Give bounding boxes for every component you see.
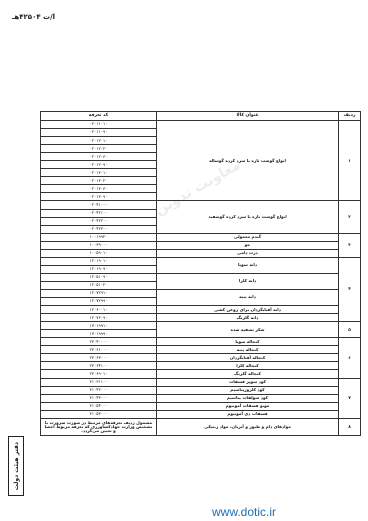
table-row: کنجاله گلرنگ۲۳۰۶۹۰۱۰ <box>41 370 361 378</box>
table-row: کنجاله کلزا۲۳۰۶۴۱۰۰ <box>41 362 361 370</box>
tariff-code: ۲۳۰۶۱۰۰۰ <box>41 346 157 354</box>
product-name: دانه سویا <box>157 257 339 273</box>
tariff-code: ۱۲۰۶۰۰۱۰ <box>41 306 157 314</box>
table-row: فسفات دی آمونیوم۳۱۰۵۳۰۰۰ <box>41 410 361 418</box>
table-row: دانه آفتابگردان برای روغن کشی۱۲۰۶۰۰۱۰ <box>41 306 361 314</box>
tariff-code: ۰۲۰۱۳۰۹۰ <box>41 193 157 201</box>
tariff-code: ۰۲۰۱۲۰۱۰ <box>41 137 157 145</box>
document-reference: ا/ت ۴۲۵۰۴هـ <box>12 13 55 21</box>
product-name: کود کلرورپتاسیم <box>157 386 339 394</box>
table-row: مونو فسفات آمونیوم۳۱۰۵۴۰۰۰ <box>41 402 361 410</box>
row-number: ۱ <box>339 121 361 201</box>
product-name: کود سوپر فسفات <box>157 378 339 386</box>
stamp: دفتر هیئت دولت <box>8 436 24 496</box>
table-header-row: ردیف عنوان کالا کد تعرفه <box>41 112 361 121</box>
tariff-code: ۲۳۰۶۴۱۰۰ <box>41 362 157 370</box>
row-number: ۳ <box>339 233 361 257</box>
tariff-code: ۱۲۰۷۶۰۹۰ <box>41 314 157 322</box>
tariff-code: ۱۲۰۷۲۹۹۰ <box>41 298 157 306</box>
product-name: کنجاله کلزا <box>157 362 339 370</box>
product-name: کنجاله سویا <box>157 338 339 346</box>
tariff-code: ۱۲۰۵۱۰۹۰ <box>41 273 157 281</box>
table-row: ۶کنجاله سویا۲۳۰۴۰۰۰۰ <box>41 338 361 346</box>
row-number: ۸ <box>339 418 361 436</box>
product-name: دانه کلزا <box>157 273 339 289</box>
product-name: کنجاله آفتابگردان <box>157 354 339 362</box>
table-row: ۵شکر تصفیه شده۱۷۰۱۹۹۱۰ <box>41 322 361 330</box>
table-row: ذرت دامی۱۰۰۵۹۰۱۰ <box>41 249 361 257</box>
table-row: ۷کود سوپر فسفات۳۱۰۳۱۱۰۰ <box>41 378 361 386</box>
table-row: ۳گندم معمولی۱۰۰۱۹۹۲۰ <box>41 233 361 241</box>
tariff-code: ۱۷۰۱۹۹۱۰ <box>41 322 157 330</box>
stamp-text: دفتر هیئت دولت <box>13 442 20 490</box>
row-number: ۴ <box>339 257 361 321</box>
tariff-code: ۰۲۰۱۱۰۱۰ <box>41 121 157 129</box>
tariff-code: ۲۳۰۴۰۰۰۰ <box>41 338 157 346</box>
table-row: دانه کلزا۱۲۰۵۱۰۹۰ <box>41 273 361 281</box>
table-row: کود کلرورپتاسیم۳۱۰۴۲۰۰۰ <box>41 386 361 394</box>
product-name: مونو فسفات آمونیوم <box>157 402 339 410</box>
product-name: جو <box>157 241 339 249</box>
table-row: ۴دانه سویا۱۲۰۱۹۰۱۰ <box>41 257 361 265</box>
product-name: موادهای دام و طیور و آبزیان، مواد ژنتیکی <box>157 418 339 436</box>
row-number: ۵ <box>339 322 361 338</box>
tariff-code: ۱۲۰۱۹۰۹۰ <box>41 265 157 273</box>
tariff-code: ۰۲۰۱۲۰۹۰ <box>41 161 157 169</box>
tariff-code: ۱۰۰۵۹۰۱۰ <box>41 249 157 257</box>
product-name: انواع گوشت تازه یا سرد کرده گوسفند <box>157 201 339 233</box>
product-name: گندم معمولی <box>157 233 339 241</box>
tariff-code: ۰۲۰۱۲۰۲۰ <box>41 145 157 153</box>
tariff-code: ۳۱۰۴۲۰۰۰ <box>41 386 157 394</box>
product-name: کود سولفات پتاسیم <box>157 394 339 402</box>
tariff-code: ۰۲۰۴۱۰۰۰ <box>41 201 157 209</box>
tariff-code: ۱۲۰۷۲۹۱۰ <box>41 289 157 297</box>
product-name: انواع گوشت تازه یا سرد کرده گوساله <box>157 121 339 201</box>
tariff-code: ۱۲۰۵۱۰۲۰ <box>41 281 157 289</box>
table-row: ۱انواع گوشت تازه یا سرد کرده گوساله۰۲۰۱۱… <box>41 121 361 129</box>
tariff-code: ۰۲۰۴۲۲۰۰ <box>41 217 157 225</box>
product-name: ذرت دامی <box>157 249 339 257</box>
header-tariff-code: کد تعرفه <box>41 112 157 121</box>
tariff-code: ۳۱۰۵۴۰۰۰ <box>41 402 157 410</box>
tariff-table: ردیف عنوان کالا کد تعرفه ۱انواع گوشت تاز… <box>40 111 361 436</box>
tariff-code: ۱۰۰۳۹۰۰۰ <box>41 241 157 249</box>
tariff-code: ۲۳۰۶۹۰۱۰ <box>41 370 157 378</box>
header-product-name: عنوان کالا <box>157 112 339 121</box>
tariff-code: ۳۱۰۴۳۰۰۰ <box>41 394 157 402</box>
tariff-code: ۱۲۰۱۹۰۱۰ <box>41 257 157 265</box>
row-number: ۲ <box>339 201 361 233</box>
tariff-code: ۳۱۰۵۳۰۰۰ <box>41 410 157 418</box>
table-row: دانه گلرنگ۱۲۰۷۶۰۹۰ <box>41 314 361 322</box>
table-row: کنجاله آفتابگردان۲۳۰۶۳۰۰۰ <box>41 354 361 362</box>
website-watermark: www.dotic.ir <box>212 505 276 519</box>
tariff-code: ۲۳۰۶۳۰۰۰ <box>41 354 157 362</box>
tariff-code: ۰۲۰۱۱۰۹۰ <box>41 129 157 137</box>
product-name: دانه گلرنگ <box>157 314 339 322</box>
product-name: فسفات دی آمونیوم <box>157 410 339 418</box>
tariff-code: ۰۲۰۱۳۰۱۰ <box>41 169 157 177</box>
tariff-code: ۰۲۰۱۲۰۳۰ <box>41 153 157 161</box>
product-name: شکر تصفیه شده <box>157 322 339 338</box>
header-row-number: ردیف <box>339 112 361 121</box>
tariff-note: مشمول ردیف تعرفه‌های مرتبط در صورت ضرورت… <box>41 418 157 436</box>
table-row: جو۱۰۰۳۹۰۰۰ <box>41 241 361 249</box>
table-row: کود سولفات پتاسیم۳۱۰۴۳۰۰۰ <box>41 394 361 402</box>
product-name: کنجاله گلرنگ <box>157 370 339 378</box>
table-row: ۲انواع گوشت تازه یا سرد کرده گوسفند۰۲۰۴۱… <box>41 201 361 209</box>
product-name: دانه پنبه <box>157 289 339 305</box>
product-name: دانه آفتابگردان برای روغن کشی <box>157 306 339 314</box>
tariff-code: ۰۲۰۱۳۰۲۰ <box>41 177 157 185</box>
table-row: کنجاله پنبه۲۳۰۶۱۰۰۰ <box>41 346 361 354</box>
tariff-code: ۰۲۰۱۳۰۳۰ <box>41 185 157 193</box>
table-row: ۸موادهای دام و طیور و آبزیان، مواد ژنتیک… <box>41 418 361 436</box>
tariff-code: ۰۲۰۴۲۳۰۰ <box>41 225 157 233</box>
tariff-code: ۳۱۰۳۱۱۰۰ <box>41 378 157 386</box>
tariff-code: ۱۰۰۱۹۹۲۰ <box>41 233 157 241</box>
tariff-code: ۰۲۰۴۲۱۰۰ <box>41 209 157 217</box>
product-name: کنجاله پنبه <box>157 346 339 354</box>
row-number: ۷ <box>339 378 361 418</box>
tariff-code: ۱۷۰۱۹۹۹۰ <box>41 330 157 338</box>
table-row: دانه پنبه۱۲۰۷۲۹۱۰ <box>41 289 361 297</box>
row-number: ۶ <box>339 338 361 378</box>
